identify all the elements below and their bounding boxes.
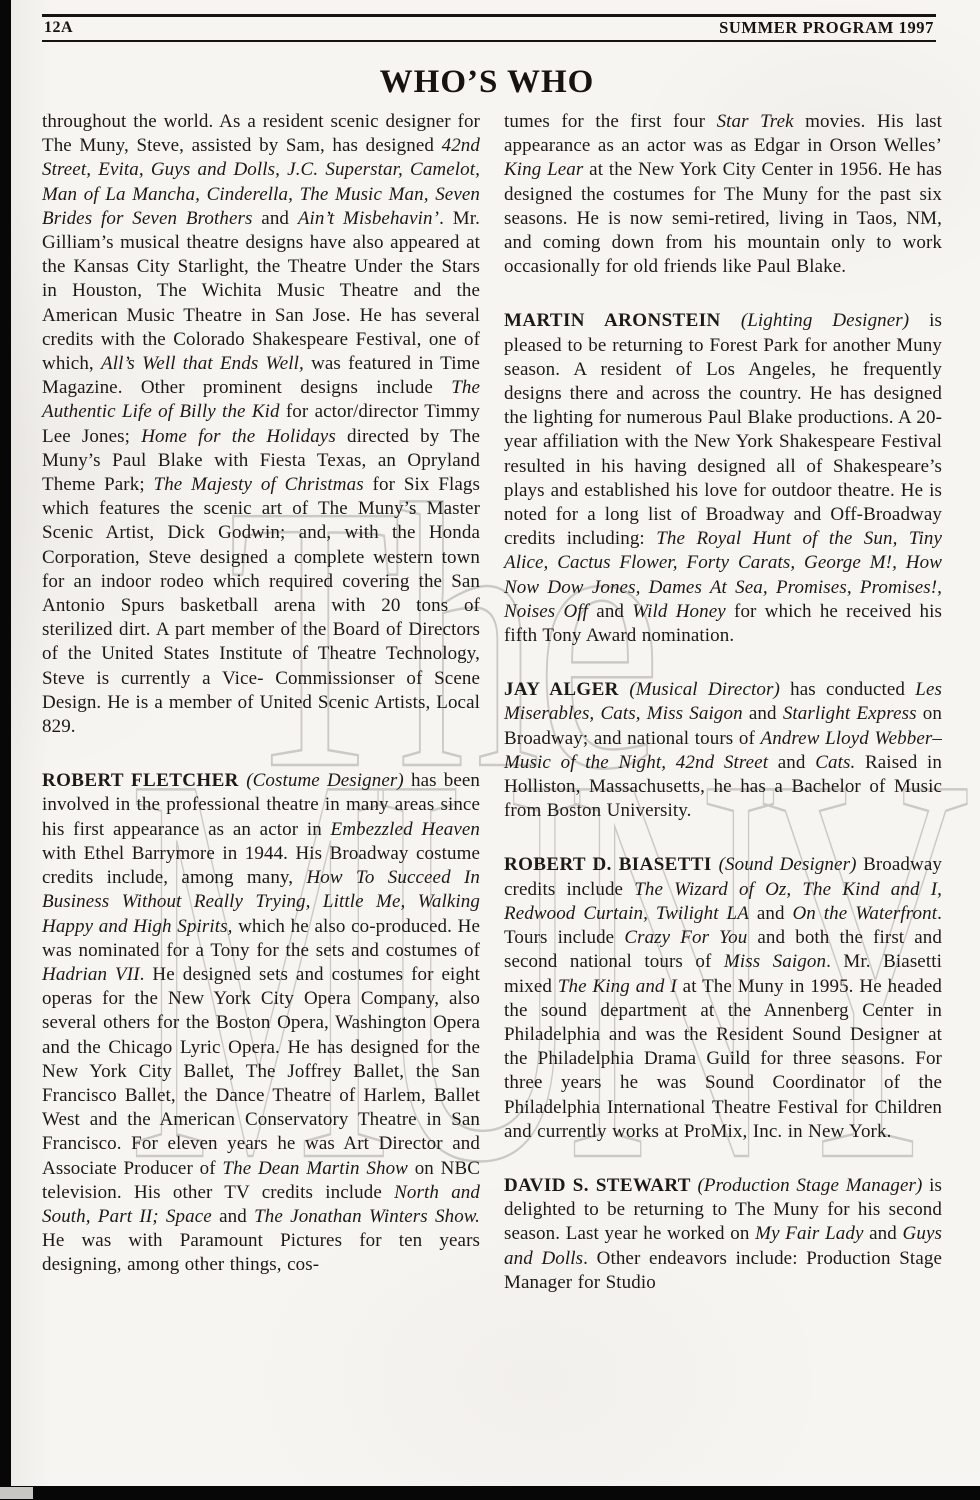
- bio-text: has conducted: [780, 679, 915, 700]
- bio-name: MARTIN ARONSTEIN: [504, 310, 741, 331]
- scan-edge-left: [0, 0, 11, 1500]
- title-or-role-italic: (Sound Designer): [719, 854, 857, 875]
- bio-name: DAVID S. STEWART: [504, 1175, 697, 1196]
- bio-text: is pleased to be returning to Forest Par…: [504, 310, 942, 549]
- title-or-role-italic: Cats.: [815, 752, 855, 773]
- title-or-role-italic: King Lear: [504, 159, 583, 180]
- bio-text: . Mr. Gilliam’s musical theatre designs …: [42, 208, 480, 374]
- bio-paragraph: tumes for the first four Star Trek movie…: [504, 110, 942, 279]
- title-or-role-italic: All’s Well that Ends Well,: [101, 353, 304, 374]
- page-header: 12A SUMMER PROGRAM 1997: [42, 14, 936, 42]
- bio-text: and: [749, 903, 793, 924]
- bio-text: and: [252, 208, 297, 229]
- bio-text: for Six Flags which features the scenic …: [42, 474, 480, 737]
- title-or-role-italic: Star Trek: [717, 111, 794, 132]
- scan-corner-artifact: [0, 1487, 33, 1499]
- bio-columns: throughout the world. As a resident scen…: [42, 110, 942, 1295]
- program-edition-label: SUMMER PROGRAM 1997: [719, 18, 934, 38]
- title-or-role-italic: Starlight Express: [783, 703, 917, 724]
- bio-paragraph: MARTIN ARONSTEIN (Lighting Designer) is …: [504, 309, 942, 648]
- title-or-role-italic: The Dean Martin Show: [222, 1158, 408, 1179]
- page-number: 12A: [44, 19, 73, 37]
- bio-text: and: [212, 1206, 254, 1227]
- bio-text: and: [768, 752, 815, 773]
- bio-paragraph: DAVID S. STEWART (Production Stage Manag…: [504, 1174, 942, 1295]
- title-or-role-italic: Embezzled Heaven: [331, 819, 480, 840]
- bio-paragraph: ROBERT D. BIASETTI (Sound Designer) Broa…: [504, 853, 942, 1143]
- title-or-role-italic: The King and I: [558, 976, 677, 997]
- title-or-role-italic: Wild Honey: [632, 601, 726, 622]
- bio-text: He was with Paramount Pictures for ten y…: [42, 1230, 480, 1275]
- title-or-role-italic: On the Waterfront: [792, 903, 937, 924]
- title-or-role-italic: (Musical Director): [629, 679, 780, 700]
- title-or-role-italic: My Fair Lady: [755, 1223, 863, 1244]
- program-page: The MUNY 12A SUMMER PROGRAM 1997 WHO’S W…: [0, 0, 980, 1500]
- column-right: tumes for the first four Star Trek movie…: [504, 110, 942, 1295]
- bio-text: . He designed sets and costumes for eigh…: [42, 964, 480, 1179]
- bio-text: throughout the world. As a resident scen…: [42, 111, 480, 156]
- title-or-role-italic: Ain’t Misbehavin’: [298, 208, 439, 229]
- bio-name: JAY ALGER: [504, 679, 629, 700]
- bio-paragraph: ROBERT FLETCHER (Costume Designer) has b…: [42, 769, 480, 1277]
- title-or-role-italic: The Majesty of Christmas: [154, 474, 364, 495]
- page-title: WHO’S WHO: [42, 64, 932, 101]
- title-or-role-italic: (Production Stage Manager): [697, 1175, 922, 1196]
- title-or-role-italic: (Lighting Designer): [741, 310, 909, 331]
- bio-text: and: [743, 703, 783, 724]
- bio-text: tumes for the first four: [504, 111, 717, 132]
- title-or-role-italic: Miss Saigon: [724, 951, 826, 972]
- bio-text: at The Muny in 1995. He headed the sound…: [504, 976, 942, 1142]
- title-or-role-italic: Crazy For You: [624, 927, 747, 948]
- bio-paragraph: JAY ALGER (Musical Director) has conduct…: [504, 678, 942, 823]
- bio-name: ROBERT FLETCHER: [42, 770, 246, 791]
- bio-paragraph: throughout the world. As a resident scen…: [42, 110, 480, 739]
- column-left: throughout the world. As a resident scen…: [42, 110, 480, 1295]
- bio-name: ROBERT D. BIASETTI: [504, 854, 719, 875]
- bio-text: and: [588, 601, 632, 622]
- scan-edge-bottom: [0, 1486, 980, 1500]
- title-or-role-italic: The Jonathan Winters Show.: [254, 1206, 480, 1227]
- title-or-role-italic: Home for the Holidays: [141, 426, 336, 447]
- bio-text: and: [863, 1223, 902, 1244]
- title-or-role-italic: (Costume Designer): [246, 770, 404, 791]
- title-or-role-italic: Hadrian VII: [42, 964, 140, 985]
